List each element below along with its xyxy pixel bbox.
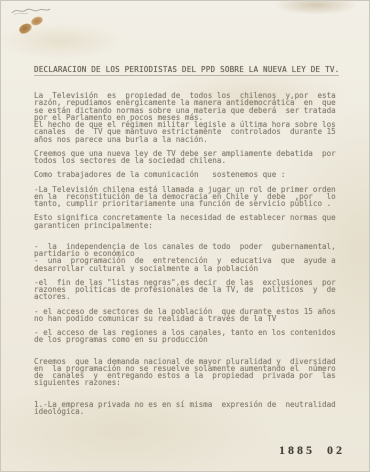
- archive-stamp-number: 1885 02: [279, 443, 345, 458]
- text-line: todos los sectores de la sociedad chilen…: [34, 157, 346, 164]
- paragraph-regime-critique: El hecho de que el régimen militar legis…: [34, 121, 346, 143]
- paragraph-intro-ownership: La Televisión es propiedad de todos los …: [34, 92, 346, 121]
- text-line: garanticen principalmente:: [34, 222, 346, 229]
- document-title: DECLARACION DE LOS PERIODISTAS DEL PPD S…: [34, 66, 339, 76]
- paragraph-pluralism-argument: Creemos que la demanda nacional de mayor…: [34, 358, 346, 387]
- document-body: DECLARACION DE LOS PERIODISTAS DEL PPD S…: [34, 57, 346, 415]
- paragraph-bullet-access-regions: - el acceso de las regiones a los canale…: [34, 329, 346, 344]
- text-line: ideológica.: [34, 408, 346, 415]
- text-line: no han podido comunicar su realidad a tr…: [34, 315, 346, 322]
- text-line: tanto, cumplir prioritariamente una func…: [34, 200, 346, 207]
- pencil-scribble-mark: [10, 4, 52, 18]
- text-line: desarrollar cultural y socialmente a la …: [34, 265, 346, 272]
- text-line: siguientes razones:: [34, 379, 346, 386]
- paragraph-debate-call: Creemos que una nueva ley de TV debe ser…: [34, 150, 346, 165]
- scanned-document-page: DECLARACION DE LOS PERIODISTAS DEL PPD S…: [0, 0, 370, 472]
- paragraph-norms-needed: Esto significa concretamente la necesida…: [34, 214, 346, 229]
- paragraph-bullet-programming: - una programación de entretención y edu…: [34, 257, 346, 272]
- text-line: actores.: [34, 293, 346, 300]
- paragraphs-container: La Televisión es propiedad de todos los …: [34, 92, 346, 415]
- paragraph-tv-role: -La Televisión chilena está llamada a ju…: [34, 186, 346, 208]
- text-line: razones políticas de profesionales de la…: [34, 286, 346, 293]
- paragraph-bullet-independence: - la independencia de los canales de tod…: [34, 243, 346, 258]
- text-line: de los programas como en su producción: [34, 336, 346, 343]
- paragraph-bullet-blacklists: -el fin de las "listas negras",es decir …: [34, 279, 346, 301]
- text-line: años nos parece una burla a la nación.: [34, 136, 346, 143]
- paragraph-bullet-access-sectors: - el acceso de sectores de la población …: [34, 308, 346, 323]
- text-line: Como trabajadores de la comunicación sos…: [34, 171, 346, 178]
- paragraph-point-private-enterprise: 1.-La empresa privada no es en sí misma …: [34, 401, 346, 416]
- paragraph-workers-statement: Como trabajadores de la comunicación sos…: [34, 171, 346, 178]
